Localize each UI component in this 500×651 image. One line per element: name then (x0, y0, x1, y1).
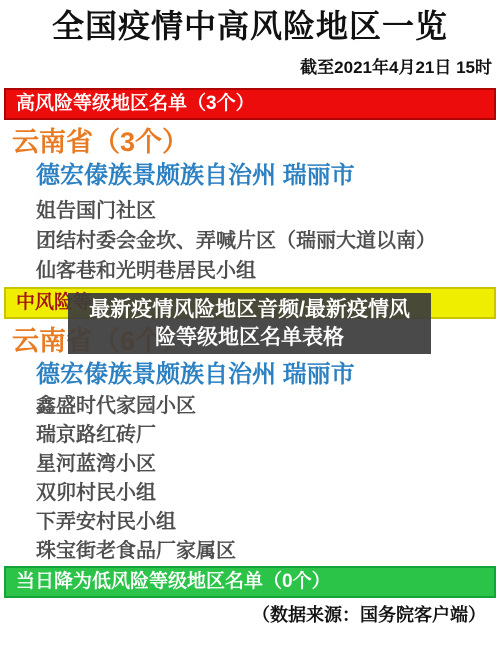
list-item: 珠宝街老食品厂家属区 (36, 537, 500, 566)
list-item: 仙客巷和光明巷居民小组 (36, 256, 500, 286)
low-risk-bar-label: 当日降为低风险等级地区名单（0个） (16, 568, 331, 596)
infographic-page: 全国疫情中高风险地区一览 截至2021年4月21日 15时 高风险等级地区名单（… (0, 0, 500, 651)
medium-risk-item-list: 鑫盛时代家园小区 瑞京路红砖厂 星河蓝湾小区 双卯村民小组 下弄安村民小组 珠宝… (0, 392, 500, 566)
caption-line-1: 最新疫情风险地区音频/最新疫情风 (89, 296, 410, 324)
page-title: 全国疫情中高风险地区一览 (0, 0, 500, 46)
high-risk-city-heading: 德宏傣族景颇族自治州 瑞丽市 (36, 162, 500, 190)
data-source: （数据来源：国务院客户端） (0, 603, 500, 627)
caption-line-2: 险等级地区名单表格 (155, 324, 344, 352)
caption-overlay: 最新疫情风险地区音频/最新疫情风 险等级地区名单表格 (68, 293, 431, 354)
high-risk-section-bar: 高风险等级地区名单（3个） (4, 88, 496, 120)
high-risk-bar-label: 高风险等级地区名单（3个） (16, 90, 255, 118)
as-of-date: 截至2021年4月21日 15时 (0, 57, 500, 79)
list-item: 双卯村民小组 (36, 479, 500, 508)
list-item: 姐告国门社区 (36, 196, 500, 226)
list-item: 瑞京路红砖厂 (36, 421, 500, 450)
list-item: 团结村委会金坎、弄喊片区（瑞丽大道以南） (36, 226, 500, 256)
list-item: 鑫盛时代家园小区 (36, 392, 500, 421)
medium-risk-city-heading: 德宏傣族景颇族自治州 瑞丽市 (36, 361, 500, 389)
low-risk-section-bar: 当日降为低风险等级地区名单（0个） (4, 566, 496, 598)
high-risk-item-list: 姐告国门社区 团结村委会金坎、弄喊片区（瑞丽大道以南） 仙客巷和光明巷居民小组 (0, 196, 500, 286)
list-item: 星河蓝湾小区 (36, 450, 500, 479)
list-item: 下弄安村民小组 (36, 508, 500, 537)
high-risk-province-heading: 云南省（3个） (12, 127, 500, 158)
